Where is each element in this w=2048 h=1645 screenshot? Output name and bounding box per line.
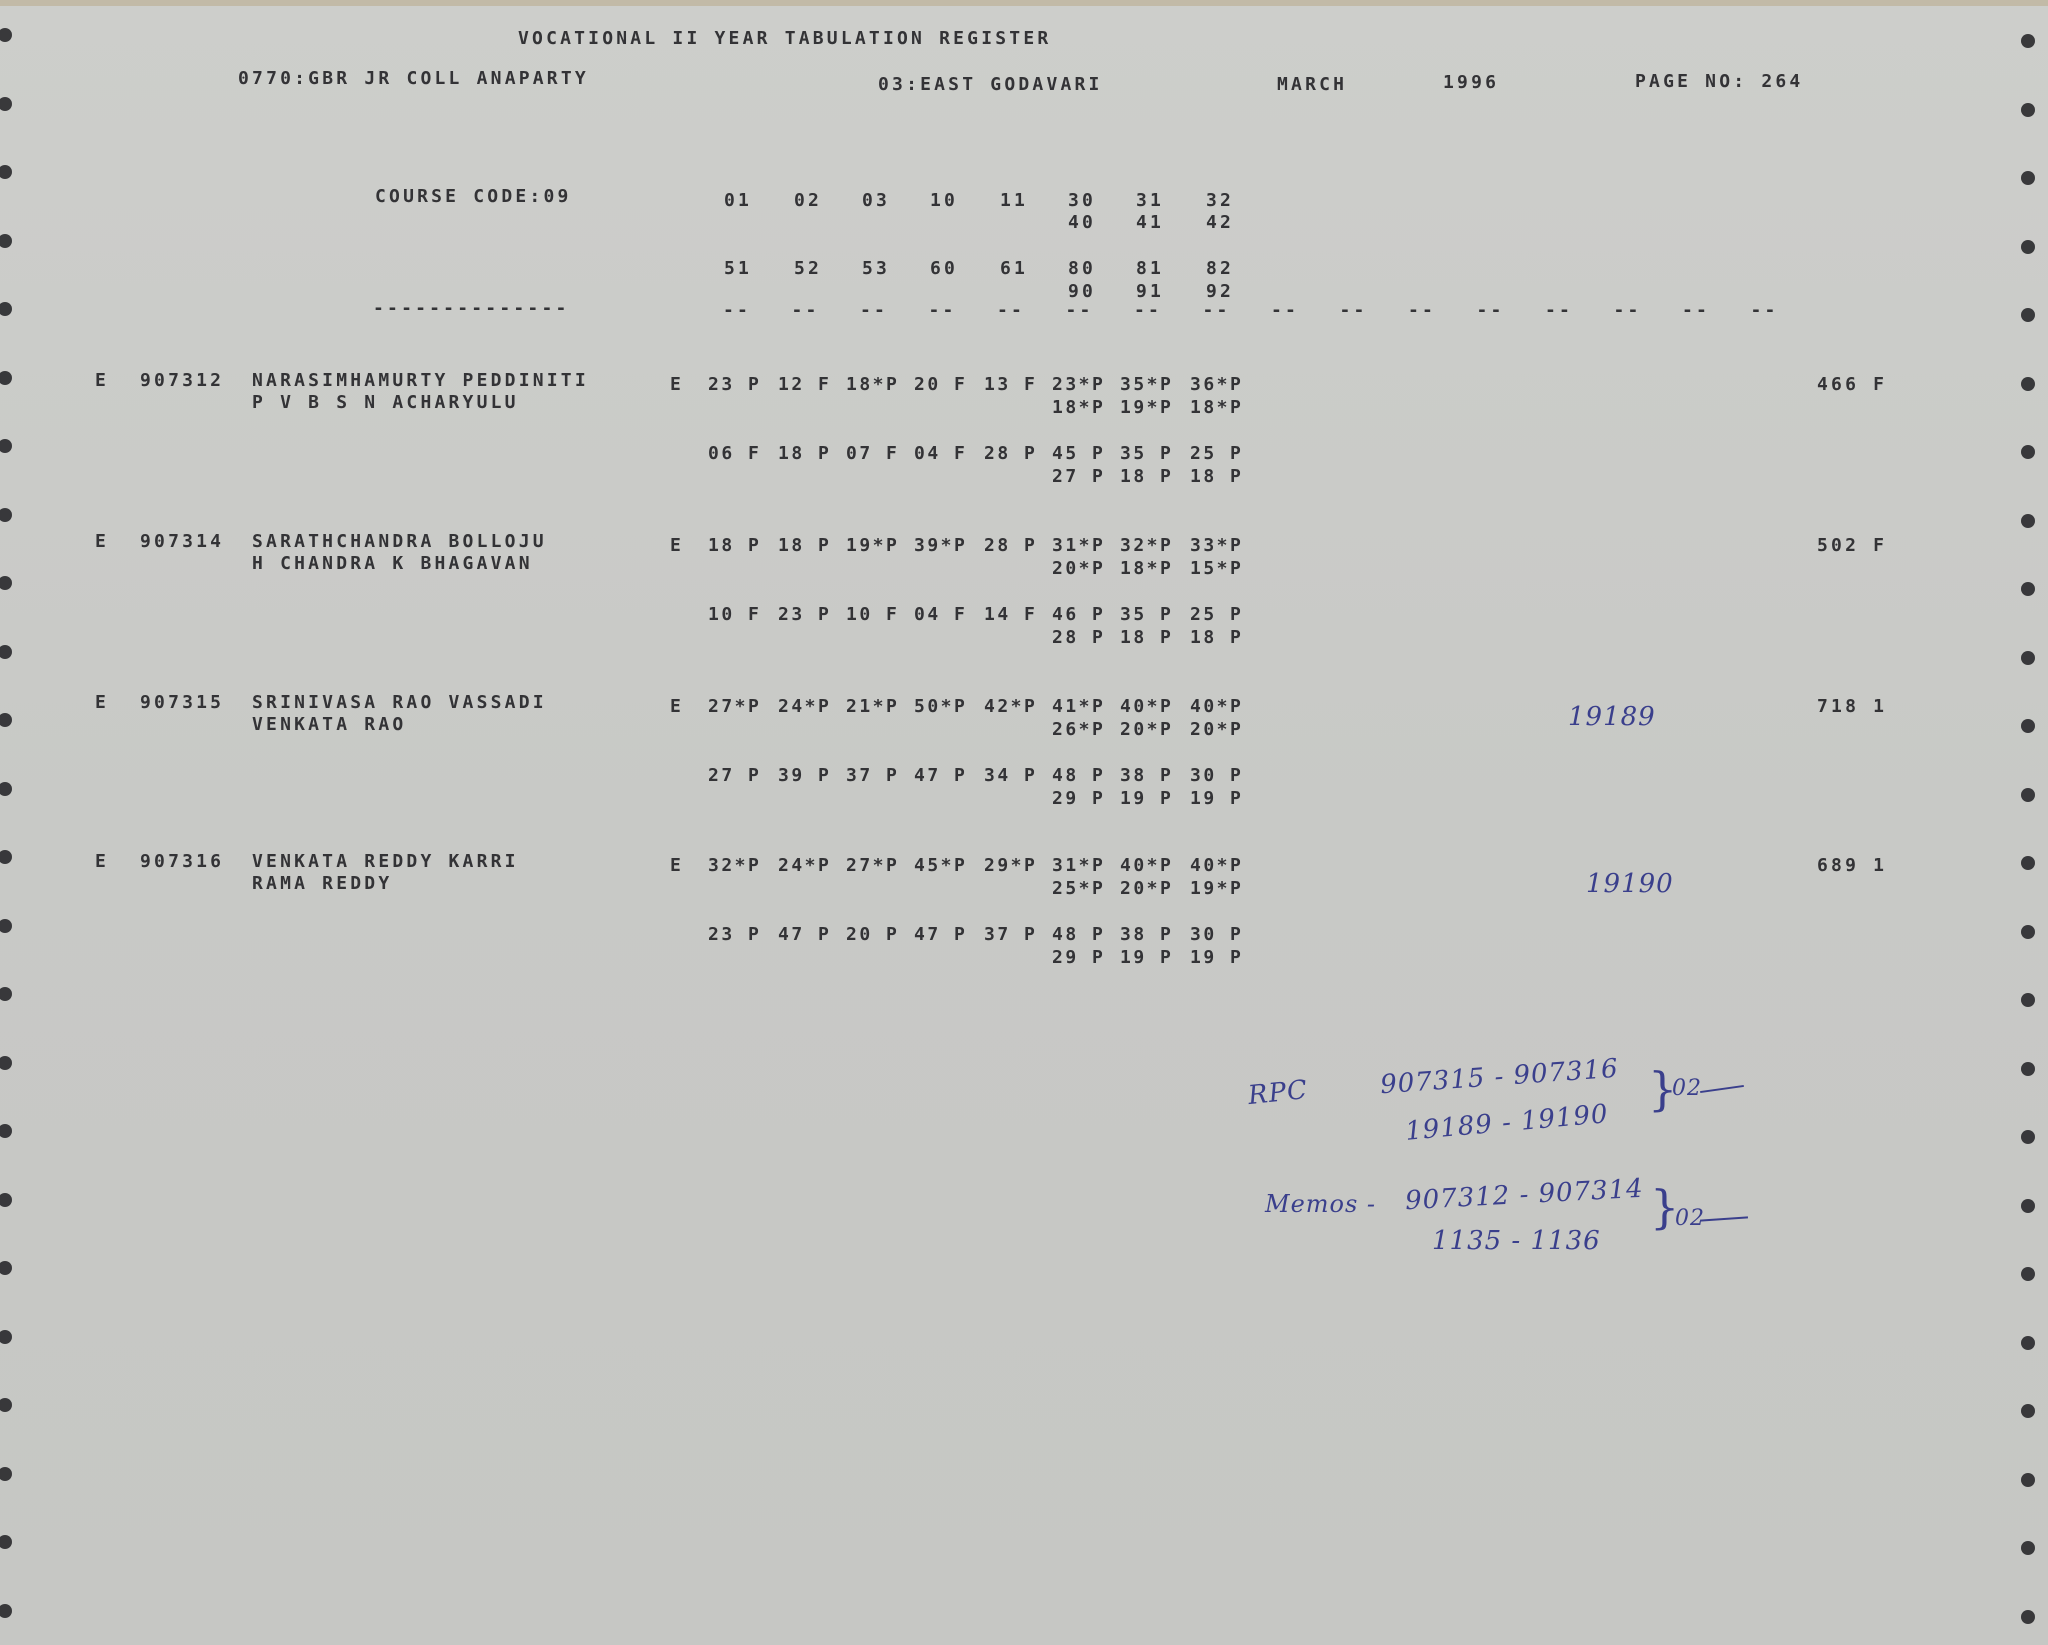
mark-cell: 30 P [1190,765,1243,786]
mark-cell: 32*P [1120,535,1173,556]
father-name: P V B S N ACHARYULU [252,392,519,413]
mark-cell: 04 F [914,443,967,464]
mark-cell: 19 P [1190,947,1243,968]
subject-code: 52 [794,258,822,279]
column-separator-dash: -- [792,300,820,321]
mark-cell: 27 P [1052,466,1105,487]
mark-cell: 40*P [1120,696,1173,717]
perforation-hole [0,1467,12,1481]
district-name: 03:EAST GODAVARI [878,74,1103,95]
mark-cell: 47 P [914,924,967,945]
mark-cell: 13 F [984,374,1037,395]
perforation-hole [2021,856,2035,870]
mark-cell: 29 P [1052,788,1105,809]
mark-cell: 28 P [984,535,1037,556]
mark-cell: 35*P [1120,374,1173,395]
mark-cell: 10 F [846,604,899,625]
record-marker: E [95,370,109,391]
rpc-label: RPC [1247,1075,1310,1111]
mark-cell: 18 P [1190,466,1243,487]
mark-cell: 26*P [1052,719,1105,740]
perforation-hole [0,987,12,1001]
mark-cell: 23*P [1052,374,1105,395]
mark-cell: 28 P [984,443,1037,464]
perforation-hole [2021,103,2035,117]
subject-code: 81 [1136,258,1164,279]
mark-cell: 45*P [914,855,967,876]
mark-cell: 18*P [1052,397,1105,418]
student-name: NARASIMHAMURTY PEDDINITI [252,370,589,391]
certificate-number: 19190 [1586,869,1674,899]
register-title: VOCATIONAL II YEAR TABULATION REGISTER [518,28,1051,49]
memos-label: Memos - [1265,1190,1376,1218]
mark-cell: 29 P [1052,947,1105,968]
mark-cell: 25*P [1052,878,1105,899]
mark-cell: 19*P [1190,878,1243,899]
mark-cell: 31*P [1052,535,1105,556]
mark-cell: 40*P [1120,855,1173,876]
perforation-hole [2021,171,2035,185]
page-number: PAGE NO: 264 [1635,71,1803,92]
subject-code: 30 [1068,190,1096,211]
perforation-hole [2021,514,2035,528]
subject-code: 03 [862,190,890,211]
rpc-check-mark [1700,1085,1744,1093]
subject-code: 41 [1136,212,1164,233]
mark-cell: 19 P [1190,788,1243,809]
perforation-hole [2021,1404,2035,1418]
subject-code: 01 [724,190,752,211]
subject-code: 11 [1000,190,1028,211]
student-name: SRINIVASA RAO VASSADI [252,692,547,713]
subject-code: 60 [930,258,958,279]
perforation-hole [2021,1267,2035,1281]
perforation-hole [2021,308,2035,322]
subject-code: 31 [1136,190,1164,211]
perforation-hole [0,97,12,111]
rpc-cert-range: 19189 - 19190 [1404,1099,1610,1147]
column-separator-dash: -- [1682,300,1710,321]
mark-cell: 39 P [778,765,831,786]
perforation-hole [2021,1130,2035,1144]
course-code: COURSE CODE:09 [375,186,572,207]
mark-cell: 32*P [708,855,761,876]
column-separator-dash: -- [929,300,957,321]
mark-cell: 29*P [984,855,1037,876]
perforation-hole [0,1193,12,1207]
college-name: 0770:GBR JR COLL ANAPARTY [238,68,589,89]
mark-cell: 18*P [1120,558,1173,579]
column-separator-dash: -- [1203,300,1231,321]
perforation-hole [0,576,12,590]
perforation-hole [0,1261,12,1275]
exam-year: 1996 [1443,72,1499,93]
perforation-hole [0,1124,12,1138]
mark-cell: 38 P [1120,924,1173,945]
mark-cell: 06 F [708,443,761,464]
memos-count: 02 [1675,1206,1705,1231]
mark-cell: 42*P [984,696,1037,717]
memos-check-mark [1700,1216,1748,1221]
subject-code: 10 [930,190,958,211]
perforation-hole [0,234,12,248]
subject-code: 92 [1206,281,1234,302]
mark-cell: 33*P [1190,535,1243,556]
mark-cell: 19*P [1120,397,1173,418]
mark-cell: 14 F [984,604,1037,625]
perforation-hole [0,439,12,453]
perforation-hole [2021,719,2035,733]
subject-code: 51 [724,258,752,279]
perforation-hole [2021,651,2035,665]
father-name: RAMA REDDY [252,873,392,894]
column-separator-dash: -- [723,300,751,321]
perforation-hole [2021,34,2035,48]
course-underline: -------------- [373,298,570,319]
rpc-count: 02 [1672,1076,1702,1101]
rpc-roll-range: 907315 - 907316 [1379,1054,1619,1101]
column-separator-dash: -- [1545,300,1573,321]
mark-cell: 23 P [708,374,761,395]
mark-cell: 24*P [778,696,831,717]
column-separator-dash: -- [1614,300,1642,321]
perforation-hole [0,1056,12,1070]
roll-number: 907312 [140,370,224,391]
mark-cell: 18 P [1120,627,1173,648]
student-name: VENKATA REDDY KARRI [252,851,519,872]
subject-code: 61 [1000,258,1028,279]
memos-roll-range: 907312 - 907314 [1404,1174,1644,1216]
perforation-hole [2021,993,2035,1007]
mark-cell: 27*P [846,855,899,876]
record-marker: E [95,851,109,872]
mark-cell: 35 P [1120,443,1173,464]
father-name: VENKATA RAO [252,714,406,735]
column-separator-dash: -- [1066,300,1094,321]
column-separator-dash: -- [860,300,888,321]
mark-cell: 20*P [1120,719,1173,740]
perforation-hole [0,1535,12,1549]
perforation-hole [2021,1610,2035,1624]
subject-code: 90 [1068,281,1096,302]
total-result: 718 1 [1817,696,1887,717]
perforation-hole [0,850,12,864]
perforation-hole [0,1398,12,1412]
perforation-hole [0,371,12,385]
mark-cell: 19 P [1120,788,1173,809]
mark-cell: 15*P [1190,558,1243,579]
paper-top-edge [0,0,2048,6]
mark-cell: 25 P [1190,443,1243,464]
perforation-hole [2021,582,2035,596]
perforation-hole [2021,1199,2035,1213]
mark-cell: 20 P [846,924,899,945]
mark-cell: 20*P [1120,878,1173,899]
mark-cell: 39*P [914,535,967,556]
perforation-hole [0,645,12,659]
perforation-hole [0,1604,12,1618]
mark-cell: 46 P [1052,604,1105,625]
roll-number: 907315 [140,692,224,713]
perforation-hole [0,1330,12,1344]
perforation-hole [0,508,12,522]
father-name: H CHANDRA K BHAGAVAN [252,553,533,574]
subject-code: 02 [794,190,822,211]
mark-cell: 36*P [1190,374,1243,395]
mark-cell: 07 F [846,443,899,464]
mark-cell: 23 P [708,924,761,945]
column-separator-dash: -- [1134,300,1162,321]
mark-cell: 20*P [1052,558,1105,579]
perforation-hole [2021,925,2035,939]
mark-cell: 10 F [708,604,761,625]
perforation-hole [0,782,12,796]
mark-cell: 47 P [914,765,967,786]
perforation-hole [0,28,12,42]
mark-cell: 38 P [1120,765,1173,786]
mark-cell: 48 P [1052,765,1105,786]
medium-code: E [670,855,684,876]
mark-cell: 27 P [708,765,761,786]
mark-cell: 40*P [1190,855,1243,876]
perforation-hole [2021,377,2035,391]
roll-number: 907316 [140,851,224,872]
total-result: 689 1 [1817,855,1887,876]
mark-cell: 18 P [1120,466,1173,487]
perforation-hole [0,713,12,727]
certificate-number: 19189 [1568,702,1656,732]
mark-cell: 48 P [1052,924,1105,945]
subject-code: 82 [1206,258,1234,279]
perforation-hole [2021,240,2035,254]
medium-code: E [670,535,684,556]
subject-code: 32 [1206,190,1234,211]
mark-cell: 18*P [1190,397,1243,418]
mark-cell: 18 P [778,443,831,464]
mark-cell: 18 P [708,535,761,556]
mark-cell: 25 P [1190,604,1243,625]
perforation-hole [2021,788,2035,802]
perforation-hole [0,302,12,316]
mark-cell: 24*P [778,855,831,876]
mark-cell: 35 P [1120,604,1173,625]
mark-cell: 19*P [846,535,899,556]
mark-cell: 45 P [1052,443,1105,464]
mark-cell: 04 F [914,604,967,625]
mark-cell: 28 P [1052,627,1105,648]
exam-month: MARCH [1277,74,1347,95]
column-separator-dash: -- [997,300,1025,321]
mark-cell: 18 P [778,535,831,556]
column-separator-dash: -- [1477,300,1505,321]
mark-cell: 19 P [1120,947,1173,968]
mark-cell: 18*P [846,374,899,395]
mark-cell: 30 P [1190,924,1243,945]
mark-cell: 23 P [778,604,831,625]
perforation-hole [2021,1336,2035,1350]
mark-cell: 27*P [708,696,761,717]
perforation-hole [2021,1062,2035,1076]
record-marker: E [95,531,109,552]
medium-code: E [670,374,684,395]
perforation-hole [2021,1473,2035,1487]
roll-number: 907314 [140,531,224,552]
mark-cell: 20*P [1190,719,1243,740]
mark-cell: 18 P [1190,627,1243,648]
tabulation-register-page: VOCATIONAL II YEAR TABULATION REGISTER 0… [0,0,2048,1645]
total-result: 466 F [1817,374,1887,395]
perforation-hole [2021,1541,2035,1555]
mark-cell: 34 P [984,765,1037,786]
student-name: SARATHCHANDRA BOLLOJU [252,531,547,552]
record-marker: E [95,692,109,713]
mark-cell: 50*P [914,696,967,717]
mark-cell: 20 F [914,374,967,395]
perforation-hole [0,165,12,179]
column-separator-dash: -- [1271,300,1299,321]
perforation-hole [0,919,12,933]
perforation-hole [2021,445,2035,459]
mark-cell: 37 P [846,765,899,786]
subject-code: 80 [1068,258,1096,279]
column-separator-dash: -- [1340,300,1368,321]
mark-cell: 37 P [984,924,1037,945]
mark-cell: 47 P [778,924,831,945]
mark-cell: 21*P [846,696,899,717]
column-separator-dash: -- [1751,300,1779,321]
column-separator-dash: -- [1408,300,1436,321]
subject-code: 42 [1206,212,1234,233]
mark-cell: 12 F [778,374,831,395]
mark-cell: 40*P [1190,696,1243,717]
total-result: 502 F [1817,535,1887,556]
subject-code: 53 [862,258,890,279]
medium-code: E [670,696,684,717]
subject-code: 40 [1068,212,1096,233]
memos-cert-range: 1135 - 1136 [1432,1226,1601,1256]
subject-code: 91 [1136,281,1164,302]
mark-cell: 31*P [1052,855,1105,876]
mark-cell: 41*P [1052,696,1105,717]
